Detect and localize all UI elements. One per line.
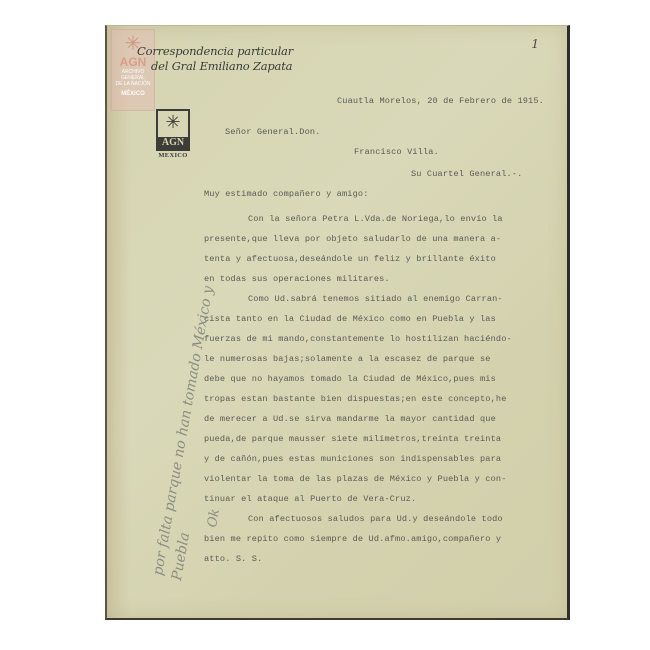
body-line: Con afectuosos saludos para Ud.y deseánd…	[204, 509, 512, 529]
greeting: Muy estimado compañero y amigo:	[204, 189, 369, 199]
body-line: le numerosas bajas;solamente a la escase…	[204, 349, 512, 369]
date-line: Cuautla Morelos, 20 de Febrero de 1915.	[337, 96, 544, 106]
body-line: Con la señora Petra L.Vda.de Noriega,lo …	[204, 209, 512, 229]
body-line: tinuar el ataque al Puerto de Vera-Cruz.	[204, 489, 512, 509]
page-number: 1	[531, 37, 539, 51]
body-line: Como Ud.sabrá tenemos sitiado al enemigo…	[204, 289, 512, 309]
body-line: en todas sus operaciones militares.	[204, 269, 512, 289]
addressee-title: Señor General.Don.	[225, 127, 321, 137]
stamp-box: ✳ AGN	[156, 109, 190, 151]
stamp-country: MEXICO	[156, 151, 190, 160]
stamp-asterisk-icon: ✳	[158, 111, 188, 133]
margin-note-line2: Puebla	[169, 531, 193, 582]
body-line: presente,que lleva por objeto saludarlo …	[204, 229, 512, 249]
watermark-line2: DE LA NACIÓN	[112, 81, 154, 87]
letterhead-line1: Correspondencia particular	[137, 44, 293, 59]
body-line: y de cañón,pues estas municiones son ind…	[204, 449, 512, 469]
stamp-acronym: AGN	[158, 137, 188, 149]
letterhead-line2: del Gral Emiliano Zapata	[137, 59, 293, 74]
letter-page: ✳ AGN ARCHIVO GENERAL DE LA NACIÓN MÉXIC…	[105, 25, 570, 620]
body-line: pueda,de parque mausser siete milímetros…	[204, 429, 512, 449]
body-line: cista tanto en la Ciudad de México como …	[204, 309, 512, 329]
body-line: fuerzas de mi mando,constantemente lo ho…	[204, 329, 512, 349]
addressee-location: Su Cuartel General.-.	[411, 169, 522, 179]
body-line: tropas estan bastante bien dispuestas;en…	[204, 389, 512, 409]
margin-note-signature: Ok	[205, 508, 223, 529]
addressee-name: Francisco Villa.	[354, 147, 439, 157]
body-line: bien me repito como siempre de Ud.afmo.a…	[204, 529, 512, 549]
letterhead: Correspondencia particular del Gral Emil…	[137, 44, 293, 74]
agn-stamp: ✳ AGN MEXICO	[156, 109, 190, 160]
body-line: atto. S. S.	[204, 549, 512, 569]
body-line: tenta y afectuosa,deseándole un feliz y …	[204, 249, 512, 269]
letter-body: Con la señora Petra L.Vda.de Noriega,lo …	[204, 209, 512, 569]
body-line: violentar la toma de las plazas de Méxic…	[204, 469, 512, 489]
body-line: de merecer a Ud.se sirva mandarme la may…	[204, 409, 512, 429]
paper-stain	[107, 26, 131, 618]
watermark-country: MÉXICO	[112, 90, 154, 99]
body-line: debe que no hayamos tomado la Ciudad de …	[204, 369, 512, 389]
